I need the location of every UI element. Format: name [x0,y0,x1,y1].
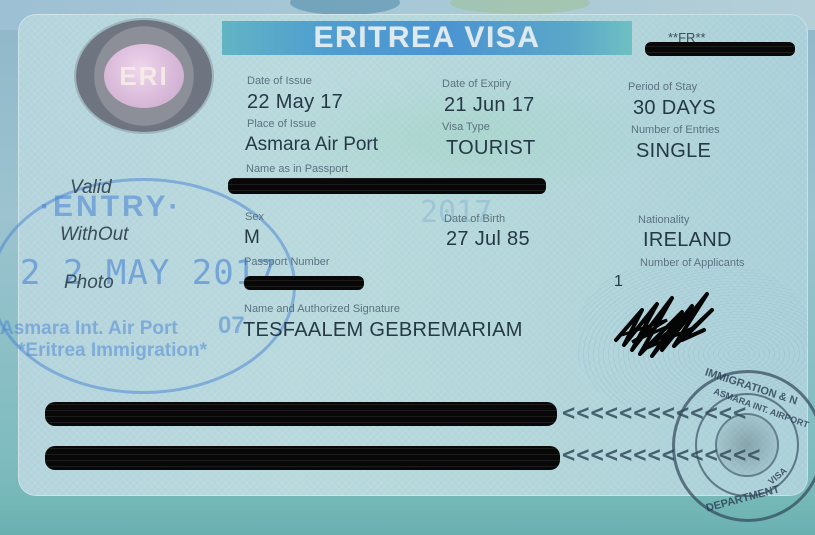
visa-title: ERITREA VISA [314,21,541,55]
sex-label: Sex [245,211,264,223]
date-of-issue-label: Date of Issue [247,75,312,87]
passport-page-bottom-edge [0,495,815,535]
date-of-expiry-value: 21 Jun 17 [444,94,535,117]
authorized-signature-label: Name and Authorized Signature [244,303,400,315]
number-of-applicants-label: Number of Applicants [640,257,745,269]
visa-type-label: Visa Type [442,121,490,133]
hologram-text: ERI [119,61,168,92]
name-as-in-passport-label: Name as in Passport [246,163,348,175]
redacted-document-number [645,42,795,56]
period-of-stay-value: 30 DAYS [633,97,716,120]
sex-value: M [244,227,260,249]
date-of-expiry-label: Date of Expiry [442,78,511,90]
entry-stamp-location: Asmara Int. Air Port [0,318,178,340]
number-of-applicants-value: 1 [614,273,623,291]
nationality-value: IRELAND [643,229,732,252]
title-banner: ERITREA VISA [222,21,632,55]
hologram-center: ERI [104,44,184,108]
redacted-mrz-line-1 [45,402,557,426]
signature-redaction [612,290,722,360]
passport-number-label: Passport Number [244,256,330,268]
period-of-stay-label: Period of Stay [628,81,697,93]
immigration-department-stamp: IMMIGRATION & N ASMARA INT. AIRPORT DEPA… [672,370,815,522]
hologram-seal-icon: ERI [76,20,212,132]
number-of-entries-label: Number of Entries [631,124,720,136]
photo-note-line3: Photo [64,272,114,294]
number-of-entries-value: SINGLE [636,140,711,163]
emblem-icon [715,413,779,477]
date-of-issue-value: 22 May 17 [247,91,343,114]
nationality-label: Nationality [638,214,689,226]
redacted-passport-name [228,178,546,194]
photo-note-line1: Valid [70,177,112,199]
entry-stamp-date: 2 2 MAY 2017 [20,253,278,293]
entry-stamp-authority: *Eritrea Immigration* [18,340,207,362]
redacted-mrz-line-2 [45,446,560,470]
date-of-birth-value: 27 Jul 85 [446,228,530,251]
visa-type-value: TOURIST [446,137,536,160]
entry-stamp-number: 07 [218,312,245,340]
authorized-signatory-name: TESFAALEM GEBREMARIAM [243,319,523,342]
place-of-issue-value: Asmara Air Port [245,134,378,156]
place-of-issue-label: Place of Issue [247,118,316,130]
photo-note-line2: WithOut [60,224,128,246]
date-of-birth-label: Date of Birth [444,213,505,225]
redacted-passport-number [244,276,364,290]
